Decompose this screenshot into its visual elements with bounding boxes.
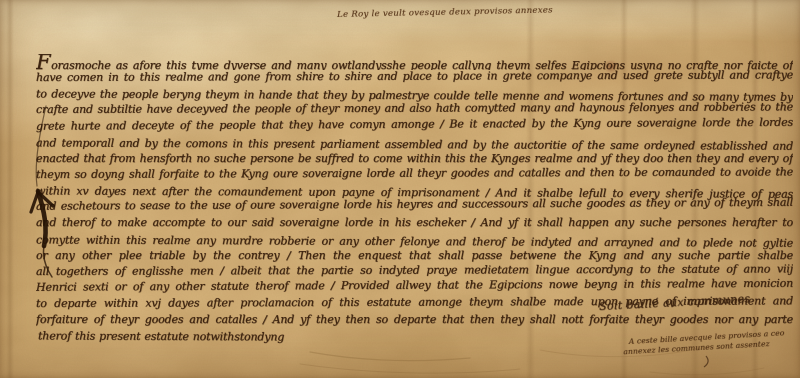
manuscript-line: forfaiture of theyr goodes and catalles … xyxy=(36,312,793,328)
ink-squiggle xyxy=(704,356,708,367)
manuscript-line: comytte within this realme any murdre ro… xyxy=(36,232,793,251)
manuscript-line: and therof to make accompte to our said … xyxy=(36,215,793,231)
manuscript-line: and eschetours to sease to the use of ou… xyxy=(36,195,793,215)
manuscript-line: and temporall and by the comons in this … xyxy=(36,135,793,154)
royal-assent-note: Le Roy le veult ovesque deux provisos an… xyxy=(337,5,553,20)
manuscript-photo: Le Roy le veult ovesque deux provisos an… xyxy=(0,0,800,378)
manuscript-line: grete hurte and deceyte of the people th… xyxy=(36,114,793,134)
manuscript-line: have comen in to this realme and gone fr… xyxy=(36,67,793,86)
fold-crease xyxy=(6,0,14,378)
manuscript-line: theym so doyng shall forfaite to the Kyn… xyxy=(36,164,793,183)
